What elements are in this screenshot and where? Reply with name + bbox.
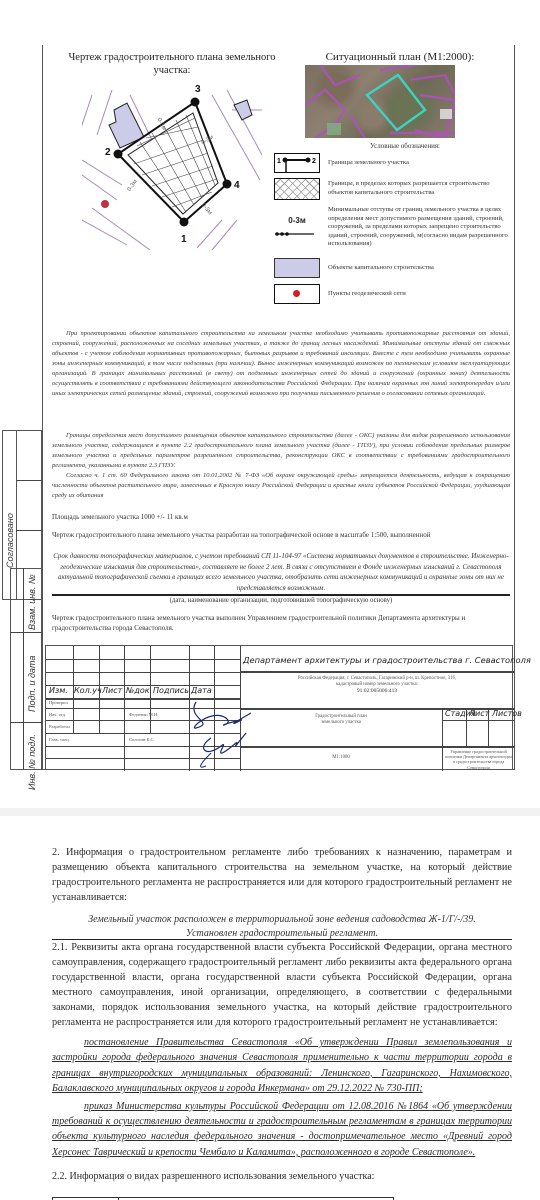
hatch-area-symbol (274, 178, 320, 200)
scale-value: М1:1000 (242, 755, 440, 761)
legend-item-min-offset: 0-3м Минимальные отступы от границ земел… (274, 206, 518, 249)
topo-caption: (дата, наименование организации, подгото… (52, 597, 510, 604)
svg-text:1: 1 (181, 234, 187, 245)
section-2-1: 2.1. Реквизиты акта органа государственн… (52, 940, 512, 1030)
parcel-outline-sat (367, 75, 425, 130)
parcel-plan-drawing: 1 2 3 4 0-3м 0-3м 0-3м 0-3м (82, 80, 262, 250)
title-block: Изм. Кол.уч Лист №док. Подпись Дата Пров… (45, 645, 513, 770)
col-qty: Кол.уч (74, 686, 102, 695)
parcel-boundary-symbol: 1 2 (274, 153, 320, 173)
legend-text: Минимальные отступы от границ земельного… (328, 206, 518, 249)
role-developed: Разработал (49, 724, 70, 729)
drawing-title: Чертеж градостроительного плана земельно… (62, 51, 282, 77)
min-offset-symbol: 0-3м (274, 214, 320, 240)
boundary-point-3 (191, 98, 200, 107)
legend-item-capital-object: Объекты капитального строительства (274, 258, 513, 278)
legend-title: Условные обозначения: (330, 142, 480, 150)
svg-text:0-3м: 0-3м (127, 179, 139, 193)
topo-basis-text: Чертеж градостроительного плана земельно… (52, 530, 510, 540)
drawing-sheet: Чертеж градостроительного плана земельно… (0, 0, 540, 810)
geodetic-point-symbol (274, 284, 320, 304)
side-label-sign-date: Подп. и дата (27, 656, 37, 712)
col-sheet: Лист (102, 686, 122, 695)
note-fire-distances: При проектировании объектов капитального… (52, 329, 510, 399)
legend-text: Границы, в пределах которых разрешается … (328, 180, 513, 197)
geodetic-point-marker (101, 200, 109, 208)
svg-text:0-3м: 0-3м (200, 202, 213, 216)
sheets-header: Листов (492, 709, 522, 718)
col-docno: №док. (126, 686, 152, 695)
svg-text:0-3м: 0-3м (156, 117, 167, 131)
role-chief-spec: Глав. спец. (49, 737, 70, 742)
name-chief-spec: Сологин К.С. (129, 737, 155, 742)
legend-text: Пункты геодезической сети (328, 290, 513, 299)
topo-note: Срок давности топографических материалов… (52, 551, 510, 593)
legend-item-parcel-boundary: 1 2 Границы земельного участка (274, 153, 513, 173)
territorial-zone: Земельный участок расположен в территори… (52, 913, 512, 941)
svg-text:1: 1 (277, 158, 281, 165)
topo-rule (52, 594, 510, 596)
parcel-address: Российская Федерация, г. Севастополь, Га… (242, 676, 512, 694)
svg-text:4: 4 (234, 180, 240, 191)
legend-item-geodetic-point: Пункты геодезической сети (274, 284, 513, 304)
org-name: Управление градостроительной политики Де… (445, 749, 512, 770)
page-divider (0, 808, 540, 816)
role-head: Нач. отд. (49, 712, 66, 717)
legend-text: Объекты капитального строительства (328, 264, 513, 273)
capital-object-building (234, 100, 252, 120)
side-label-agreed: Согласовано (5, 513, 15, 568)
col-date: Дата (191, 686, 212, 695)
document-name: Градостроительный план земельного участк… (242, 714, 440, 726)
made-by-text: Чертеж градостроительного плана земельно… (52, 613, 510, 633)
parcel-area: Площадь земельного участка 1000 +/- 11 к… (52, 513, 188, 521)
boundary-point-2 (114, 150, 123, 159)
regulatory-acts: постановление Правительства Севастополя … (52, 1035, 512, 1162)
side-label-inv-orig: Инв. № подл. (27, 734, 37, 790)
side-label-replaced-inv: Взам. инв. № (27, 574, 37, 630)
name-head: Федченко М.Н. (129, 712, 158, 717)
svg-text:3: 3 (195, 84, 201, 95)
boundary-point-4 (223, 180, 232, 189)
act-order: приказ Министерства культуры Российской … (52, 1099, 512, 1161)
capital-object-building (109, 103, 144, 148)
role-checked: Проверил (49, 700, 68, 705)
capital-object-symbol (274, 258, 320, 278)
situational-satellite-map (305, 65, 455, 138)
col-signature: Подпись (153, 686, 189, 695)
department-name: Департамент архитектуры и градостроитель… (243, 655, 531, 665)
side-stamp-lower (10, 568, 42, 770)
situational-plan-title: Ситуационный план (М1:2000): (315, 51, 485, 63)
sheet-header: Лист (469, 709, 489, 718)
legend-text: Границы земельного участка (328, 159, 513, 168)
section-2-heading: 2. Информация о градостроительном реглам… (52, 845, 512, 905)
svg-text:2: 2 (105, 147, 111, 158)
boundary-point-1 (180, 218, 189, 227)
act-resolution: постановление Правительства Севастополя … (52, 1035, 512, 1097)
note-oks-boundaries: Границы определения мест допустимого раз… (52, 431, 510, 501)
svg-text:2: 2 (312, 158, 316, 165)
section-2-2: 2.2. Информация о видах разрешенного исп… (52, 1171, 374, 1182)
legend-item-buildable-area: Границы, в пределах которых разрешается … (274, 178, 513, 200)
col-change: Изм. (49, 686, 68, 695)
